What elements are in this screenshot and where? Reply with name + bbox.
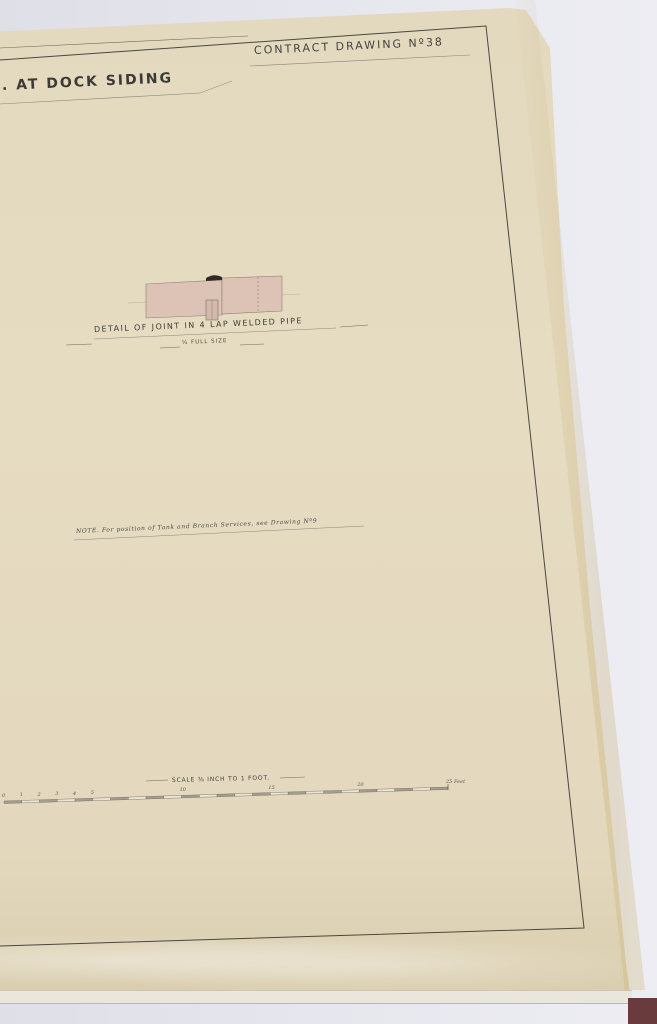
drawing-linework: [0, 0, 657, 1024]
pipe-joint-detail: [128, 275, 300, 320]
scale-tick-label: 15: [268, 785, 274, 791]
frame-border: [0, 26, 584, 946]
scale-tick-label: 20: [357, 782, 363, 788]
scale-tick-label: 2: [38, 792, 41, 798]
drawing-mount: . AT DOCK SIDING CONTRACT DRAWING Nº38 D…: [0, 0, 657, 1024]
scale-tick-label: 25 Feet: [446, 779, 465, 785]
scale-tick-label: 0: [2, 793, 5, 799]
scale-tick-label: 3: [55, 791, 58, 797]
scale-tick-label: 4: [73, 791, 76, 797]
scale-tick-label: 1: [20, 792, 23, 798]
scale-tick-label: 10: [180, 787, 186, 793]
scale-tick-label: 5: [91, 790, 94, 796]
